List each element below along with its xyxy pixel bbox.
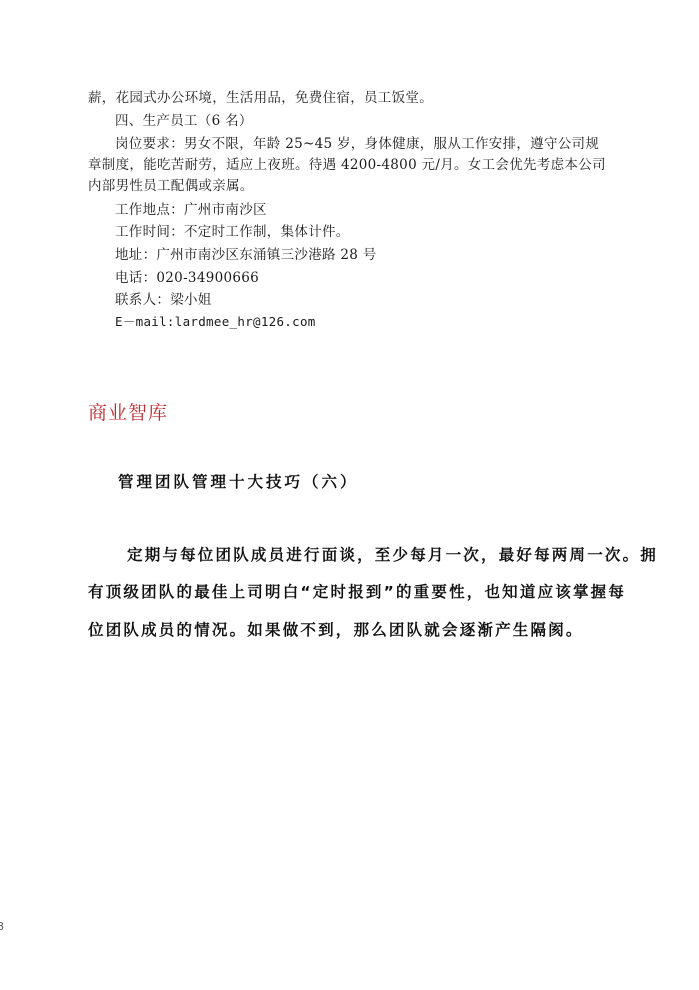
article-body-line-3: 位团队成员的情况。如果做不到，那么团队就会逐渐产生隔阂。 [88, 618, 584, 640]
article-body-line-1: 定期与每位团队成员进行面谈，至少每月一次，最好每两周一次。拥 [127, 543, 658, 565]
section-heading: 商业智库 [88, 398, 168, 425]
requirements-line-1: 岗位要求：男女不限，年龄 25~45 岁，身体健康，服从工作安排，遵守公司规 [115, 135, 599, 153]
requirements-line-3: 内部男性员工配偶或亲属。 [88, 177, 254, 195]
article-body-line-2: 有顶级团队的最佳上司明白“定时报到”的重要性，也知道应该掌握每 [88, 580, 626, 602]
article-title: 管理团队管理十大技巧（六） [118, 470, 359, 492]
position-heading: 四、生产员工（6 名） [115, 112, 253, 130]
page-number: 8 [0, 920, 4, 933]
work-hours: 工作时间：不定时工作制，集体计件。 [115, 223, 350, 241]
requirements-line-2: 章制度，能吃苦耐劳，适应上夜班。待遇 4200-4800 元/月。女工会优先考虑… [88, 156, 606, 174]
phone: 电话：020-34900666 [115, 269, 259, 287]
work-location: 工作地点：广州市南沙区 [115, 201, 267, 219]
document-page: 薪，花园式办公环境，生活用品，免费住宿，员工饭堂。 四、生产员工（6 名） 岗位… [0, 0, 699, 990]
email: E－mail:lardmee_hr@126.com [115, 313, 316, 331]
address: 地址：广州市南沙区东涌镇三沙港路 28 号 [115, 246, 377, 264]
contact-person: 联系人：梁小姐 [115, 291, 212, 309]
job-benefits-continuation: 薪，花园式办公环境，生活用品，免费住宿，员工饭堂。 [88, 89, 433, 107]
